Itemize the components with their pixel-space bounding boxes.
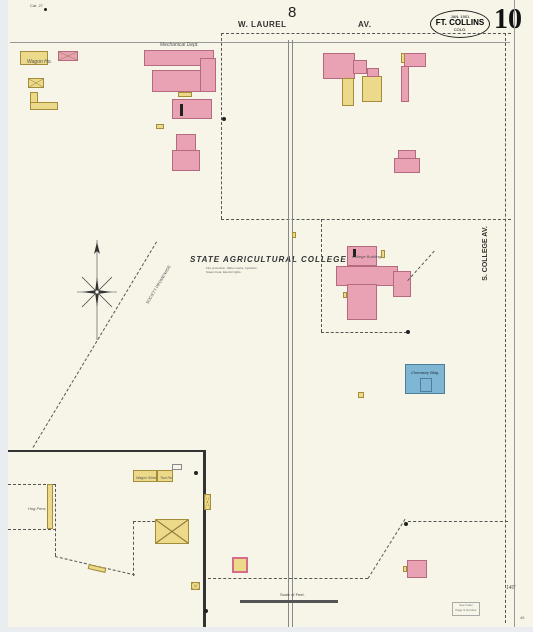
building-shed-diagonal[interactable] bbox=[88, 564, 107, 573]
building-mechanical-laboratory[interactable] bbox=[172, 99, 212, 119]
hydrant-icon bbox=[204, 609, 208, 613]
building-cottage-b[interactable] bbox=[394, 158, 420, 173]
street-label-college: S. COLLEGE AV. bbox=[502, 190, 524, 300]
street-line-laurel bbox=[10, 42, 510, 43]
street-label-laurel-suffix: AV. bbox=[358, 20, 372, 29]
building-green-ho-head[interactable] bbox=[367, 68, 379, 77]
building-shed-2b[interactable] bbox=[30, 102, 58, 110]
building-college-building-east[interactable] bbox=[393, 271, 411, 297]
hydrant-icon bbox=[222, 117, 226, 121]
barnyard-fence-east bbox=[133, 521, 134, 576]
fence-left bbox=[221, 33, 222, 219]
building-shed-1[interactable] bbox=[28, 78, 44, 88]
building-horticultural-wing[interactable] bbox=[353, 60, 367, 74]
building-college-building-south[interactable] bbox=[347, 284, 377, 320]
hydrant-icon bbox=[194, 471, 198, 475]
barnyard-fence-west bbox=[55, 484, 56, 556]
fence-right bbox=[505, 33, 506, 623]
building-engineering-base[interactable] bbox=[172, 150, 200, 171]
building-horticultural-hall[interactable] bbox=[323, 53, 355, 79]
building-green-ho[interactable] bbox=[362, 76, 382, 102]
fence-southeast-diagonal bbox=[368, 519, 406, 579]
index-note: Cat. 27 bbox=[30, 3, 43, 8]
building-veterinary-porch[interactable] bbox=[401, 53, 405, 63]
street-line-college bbox=[514, 0, 515, 627]
building-small-brick[interactable] bbox=[58, 51, 78, 61]
label-college-building: College Building bbox=[352, 254, 381, 259]
index-stamp: See IndexPage & Number bbox=[452, 602, 480, 616]
fence-bottom bbox=[221, 219, 511, 220]
state-name: COLO. bbox=[431, 27, 489, 32]
building-college-building-main[interactable] bbox=[336, 266, 398, 286]
fence-top bbox=[221, 33, 511, 34]
small-shed-outline bbox=[172, 464, 182, 470]
building-shed-east[interactable] bbox=[204, 494, 211, 510]
map-sheet: 8 W. LAUREL AV. JAN. 1901 FT. COLLINS CO… bbox=[8, 0, 533, 627]
label-hog-pens: Hog Pens bbox=[28, 506, 46, 511]
building-wagon-ho[interactable]: Wagon Ho. bbox=[20, 51, 48, 65]
building-mechanical-wing[interactable] bbox=[200, 58, 216, 92]
dimension-south: 140' bbox=[506, 585, 515, 591]
campus-note: Fire protection: Water works, hydrants. … bbox=[206, 266, 266, 274]
adjacent-page-number: 8 bbox=[288, 4, 296, 21]
corner-mark: 46 bbox=[520, 615, 524, 620]
building-dwelling[interactable] bbox=[232, 557, 248, 573]
hydrant-icon bbox=[406, 330, 410, 334]
building-boiler[interactable] bbox=[178, 92, 192, 97]
block-boundary-top bbox=[8, 450, 205, 452]
city-name: FT. COLLINS bbox=[431, 19, 489, 27]
block-boundary-right bbox=[203, 450, 206, 627]
building-shed-center[interactable] bbox=[292, 232, 296, 238]
building-college-porch-w[interactable] bbox=[343, 292, 347, 298]
walkway-central bbox=[288, 40, 293, 627]
building-tool-ho[interactable]: Tool Ho. bbox=[157, 470, 173, 482]
fence-college-bottom bbox=[321, 332, 407, 333]
street-label-laurel: W. LAUREL bbox=[238, 20, 287, 29]
building-wagon-shed[interactable]: Wagon Shed bbox=[133, 470, 157, 482]
building-greenhouse[interactable] bbox=[342, 78, 354, 106]
chimney-icon bbox=[180, 104, 183, 116]
building-agricultural-hall[interactable] bbox=[407, 560, 427, 578]
building-college-porch-n[interactable] bbox=[381, 250, 385, 258]
hydrant-icon bbox=[404, 522, 408, 526]
fence-college-diagonal bbox=[407, 251, 435, 282]
building-veterinary-bldg[interactable] bbox=[404, 53, 426, 67]
fence-south bbox=[208, 578, 368, 579]
page-number: 10 bbox=[494, 4, 522, 36]
building-shed-south[interactable] bbox=[191, 582, 200, 590]
building-barn[interactable] bbox=[155, 519, 189, 544]
building-chemistry-bldg[interactable]: Chemistry Bldg. bbox=[405, 364, 445, 394]
street-label-diagonal: SOCIETY PROMENADE bbox=[145, 264, 172, 305]
compass-rose-icon bbox=[72, 240, 122, 340]
hydrant-icon bbox=[44, 8, 47, 11]
scale-label: Scale of Feet. bbox=[280, 592, 305, 597]
hog-pen-fence-bottom bbox=[8, 529, 56, 530]
fence-college-left bbox=[321, 219, 322, 332]
building-veterinary-wing[interactable] bbox=[401, 66, 409, 102]
label-mechanical-dept: Mechanical Dept. bbox=[160, 42, 199, 48]
scale-bar bbox=[240, 600, 338, 603]
fence-east bbox=[408, 521, 508, 522]
building-small-frame[interactable] bbox=[156, 124, 164, 129]
building-agricultural-porch[interactable] bbox=[403, 566, 407, 572]
campus-title: STATE AGRICULTURAL COLLEGE. bbox=[190, 255, 350, 264]
building-hog-pens[interactable] bbox=[47, 484, 53, 529]
building-small-frame-2[interactable] bbox=[358, 392, 364, 398]
